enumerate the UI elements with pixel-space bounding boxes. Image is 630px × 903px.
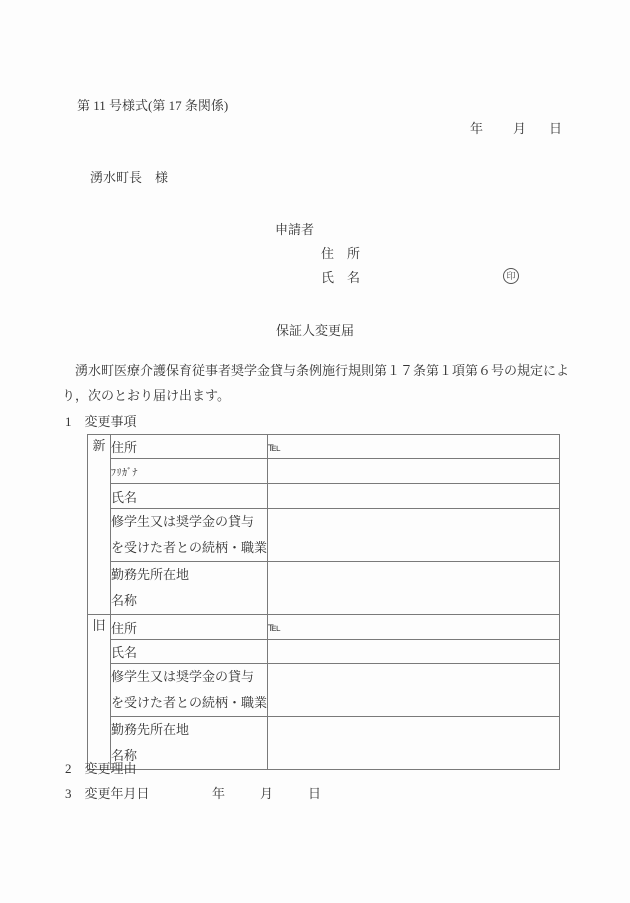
change-items-table: 新 住所 ℡ ﾌﾘｶﾞﾅ 氏名 修学生又は奨学金の貸与 を受けた者との続柄・職業 <box>87 434 560 770</box>
new-furigana-value-cell <box>268 459 560 484</box>
old-relation-value-cell <box>268 664 560 717</box>
old-workplace-label-line1: 勤務先所在地 <box>111 717 267 743</box>
new-name-value-cell <box>268 484 560 509</box>
tel-label: ℡ <box>268 620 281 634</box>
new-address-value-cell: ℡ <box>268 435 560 459</box>
group-new-label-cell: 新 <box>88 435 111 615</box>
date-year-label: 年 <box>470 121 483 138</box>
new-workplace-label-line1: 勤務先所在地 <box>111 562 267 588</box>
new-workplace-label-cell: 勤務先所在地 名称 <box>111 562 268 615</box>
table-row: 勤務先所在地 名称 <box>88 562 560 615</box>
section-2-heading: 2 変更理由 <box>65 761 137 778</box>
new-relation-label-cell: 修学生又は奨学金の貸与 を受けた者との続柄・職業 <box>111 509 268 562</box>
paragraph-line-1: 湧水町医療介護保育従事者奨学金貸与条例施行規則第１７条第１項第６号の規定によ <box>62 363 569 380</box>
old-relation-label-line2: を受けた者との続柄・職業 <box>111 690 267 716</box>
new-furigana-label-cell: ﾌﾘｶﾞﾅ <box>111 459 268 484</box>
document-title: 保証人変更届 <box>0 323 630 340</box>
section-1-heading: 1 変更事項 <box>65 414 137 431</box>
old-address-value-cell: ℡ <box>268 615 560 640</box>
change-date-month-label: 月 <box>260 786 273 803</box>
new-name-label-cell: 氏名 <box>111 484 268 509</box>
change-date-year-label: 年 <box>212 786 225 803</box>
tel-label: ℡ <box>268 440 281 454</box>
table-row: 修学生又は奨学金の貸与 を受けた者との続柄・職業 <box>88 664 560 717</box>
new-address-label-cell: 住所 <box>111 435 268 459</box>
change-date-day-label: 日 <box>308 786 321 803</box>
table-row: ﾌﾘｶﾞﾅ <box>88 459 560 484</box>
table-row: 氏名 <box>88 484 560 509</box>
group-old-label-cell: 旧 <box>88 615 111 770</box>
form-number: 第 11 号様式(第 17 条関係) <box>77 98 228 115</box>
new-workplace-label-line2: 名称 <box>111 588 267 614</box>
section-3-label: 3 変更年月日 <box>65 786 150 803</box>
table-row: 氏名 <box>88 640 560 664</box>
paragraph-line-2: り，次のとおり届け出ます。 <box>62 388 230 405</box>
date-month-label: 月 <box>513 121 526 138</box>
old-workplace-value-cell <box>268 717 560 770</box>
new-relation-value-cell <box>268 509 560 562</box>
new-relation-label-line1: 修学生又は奨学金の貸与 <box>111 509 267 535</box>
applicant-name-label: 氏 名 <box>321 270 360 287</box>
table-row: 新 住所 ℡ <box>88 435 560 459</box>
document-page: 第 11 号様式(第 17 条関係) 年 月 日 湧水町長 様 申請者 住 所 … <box>0 0 630 903</box>
table-row: 修学生又は奨学金の貸与 を受けた者との続柄・職業 <box>88 509 560 562</box>
applicant-label: 申請者 <box>275 222 314 239</box>
old-name-label-cell: 氏名 <box>111 640 268 664</box>
addressee: 湧水町長 様 <box>90 170 168 187</box>
new-relation-label-line2: を受けた者との続柄・職業 <box>111 535 267 561</box>
new-workplace-value-cell <box>268 562 560 615</box>
old-relation-label-line1: 修学生又は奨学金の貸与 <box>111 664 267 690</box>
date-day-label: 日 <box>549 121 562 138</box>
old-relation-label-cell: 修学生又は奨学金の貸与 を受けた者との続柄・職業 <box>111 664 268 717</box>
applicant-address-label: 住 所 <box>321 246 360 263</box>
old-address-label-cell: 住所 <box>111 615 268 640</box>
old-name-value-cell <box>268 640 560 664</box>
table-row: 勤務先所在地 名称 <box>88 717 560 770</box>
table-row: 旧 住所 ℡ <box>88 615 560 640</box>
seal-mark-icon: 印 <box>503 268 519 284</box>
